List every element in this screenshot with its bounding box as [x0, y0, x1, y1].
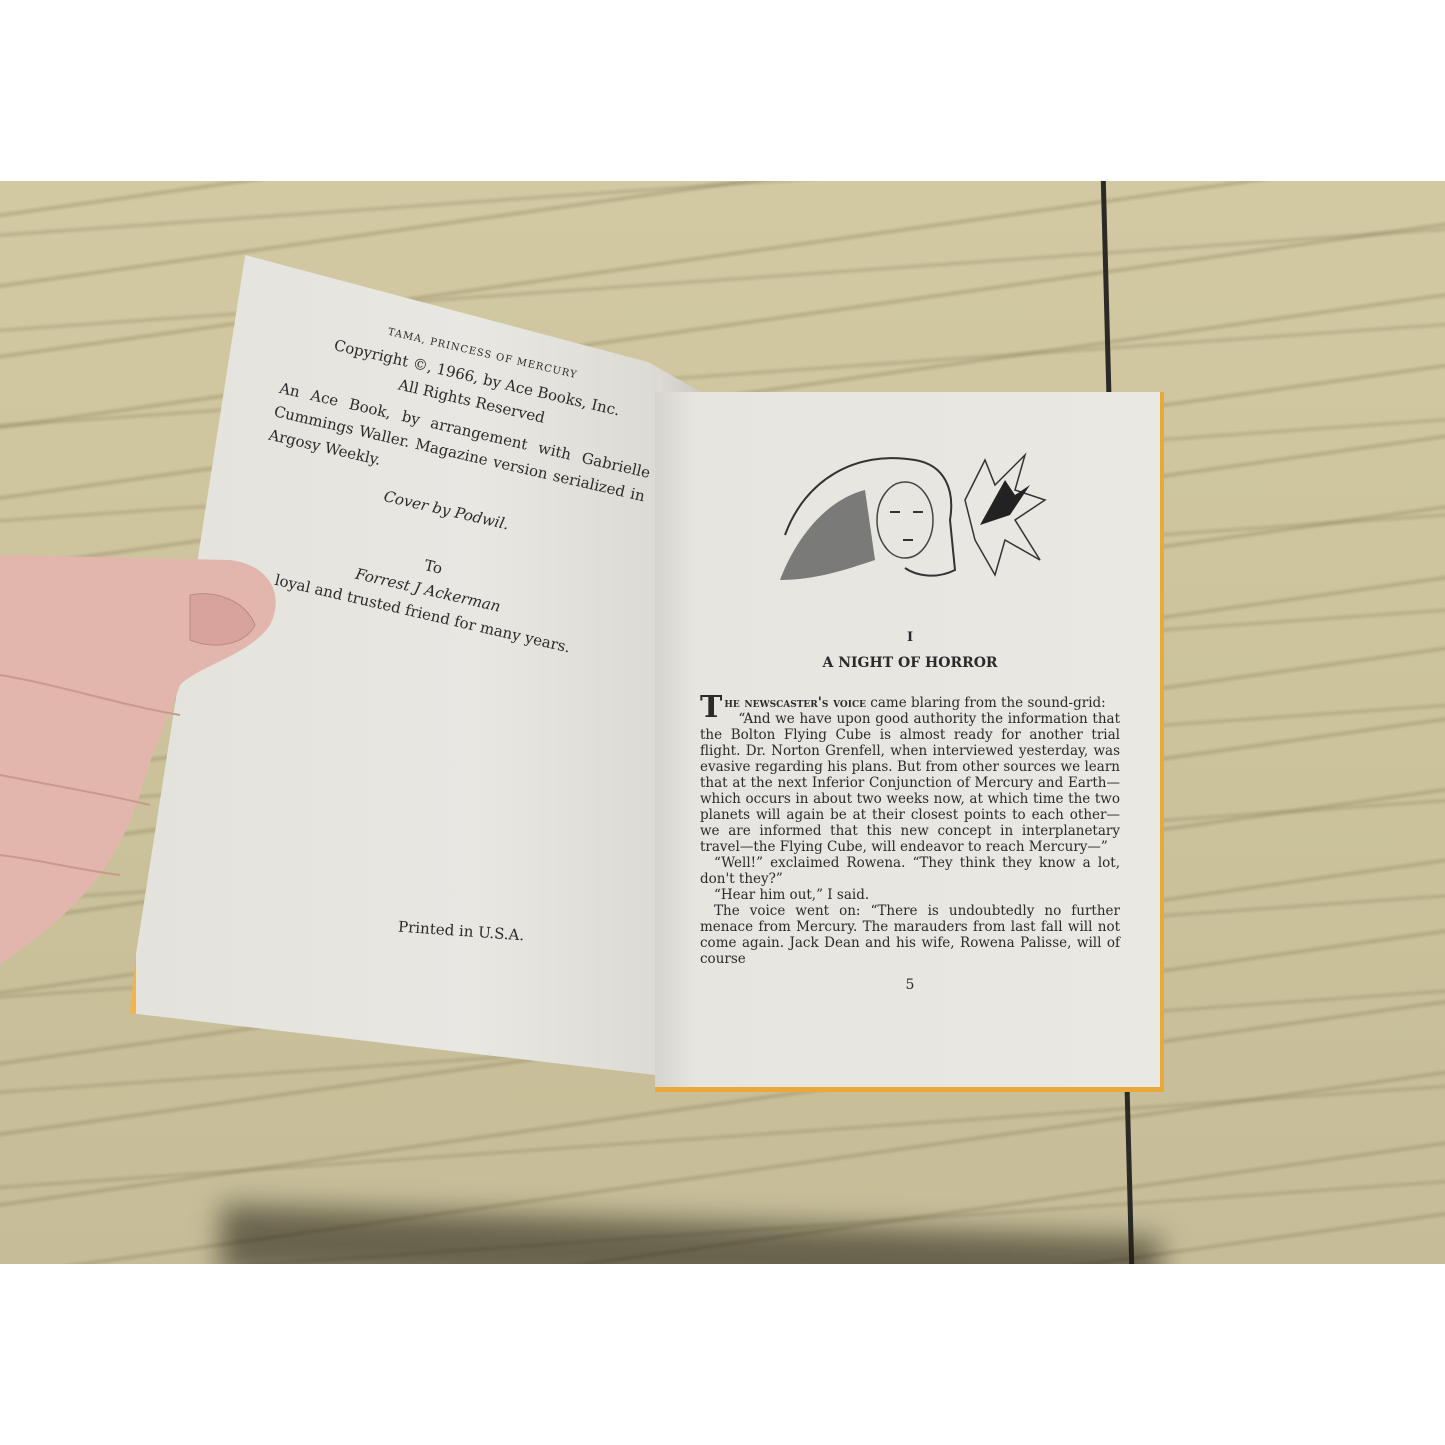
- hand-holding-book: [0, 555, 280, 975]
- book-shadow: [219, 1205, 1161, 1264]
- paragraph: “Well!” exclaimed Rowena. “They think th…: [700, 855, 1120, 887]
- paragraph: “Hear him out,” I said.: [700, 887, 1120, 903]
- chapter-body: The newscaster's voice came blaring from…: [700, 695, 1120, 967]
- page-number: 5: [700, 977, 1120, 993]
- lead-smallcaps: he newscaster's voice: [724, 695, 866, 711]
- paragraph: came blaring from the sound-grid:: [866, 695, 1106, 711]
- face-and-bird-illustration-icon: [765, 440, 1055, 590]
- paragraph: “And we have upon good authority the inf…: [700, 711, 1120, 855]
- drop-cap: T: [700, 695, 722, 721]
- chapter-page: I A NIGHT OF HORROR The newscaster's voi…: [700, 440, 1120, 993]
- chapter-number: I: [700, 630, 1120, 645]
- chapter-illustration: [765, 440, 1055, 590]
- chapter-title: A NIGHT OF HORROR: [700, 655, 1120, 671]
- paragraph: The voice went on: “There is undoubtedly…: [700, 903, 1120, 967]
